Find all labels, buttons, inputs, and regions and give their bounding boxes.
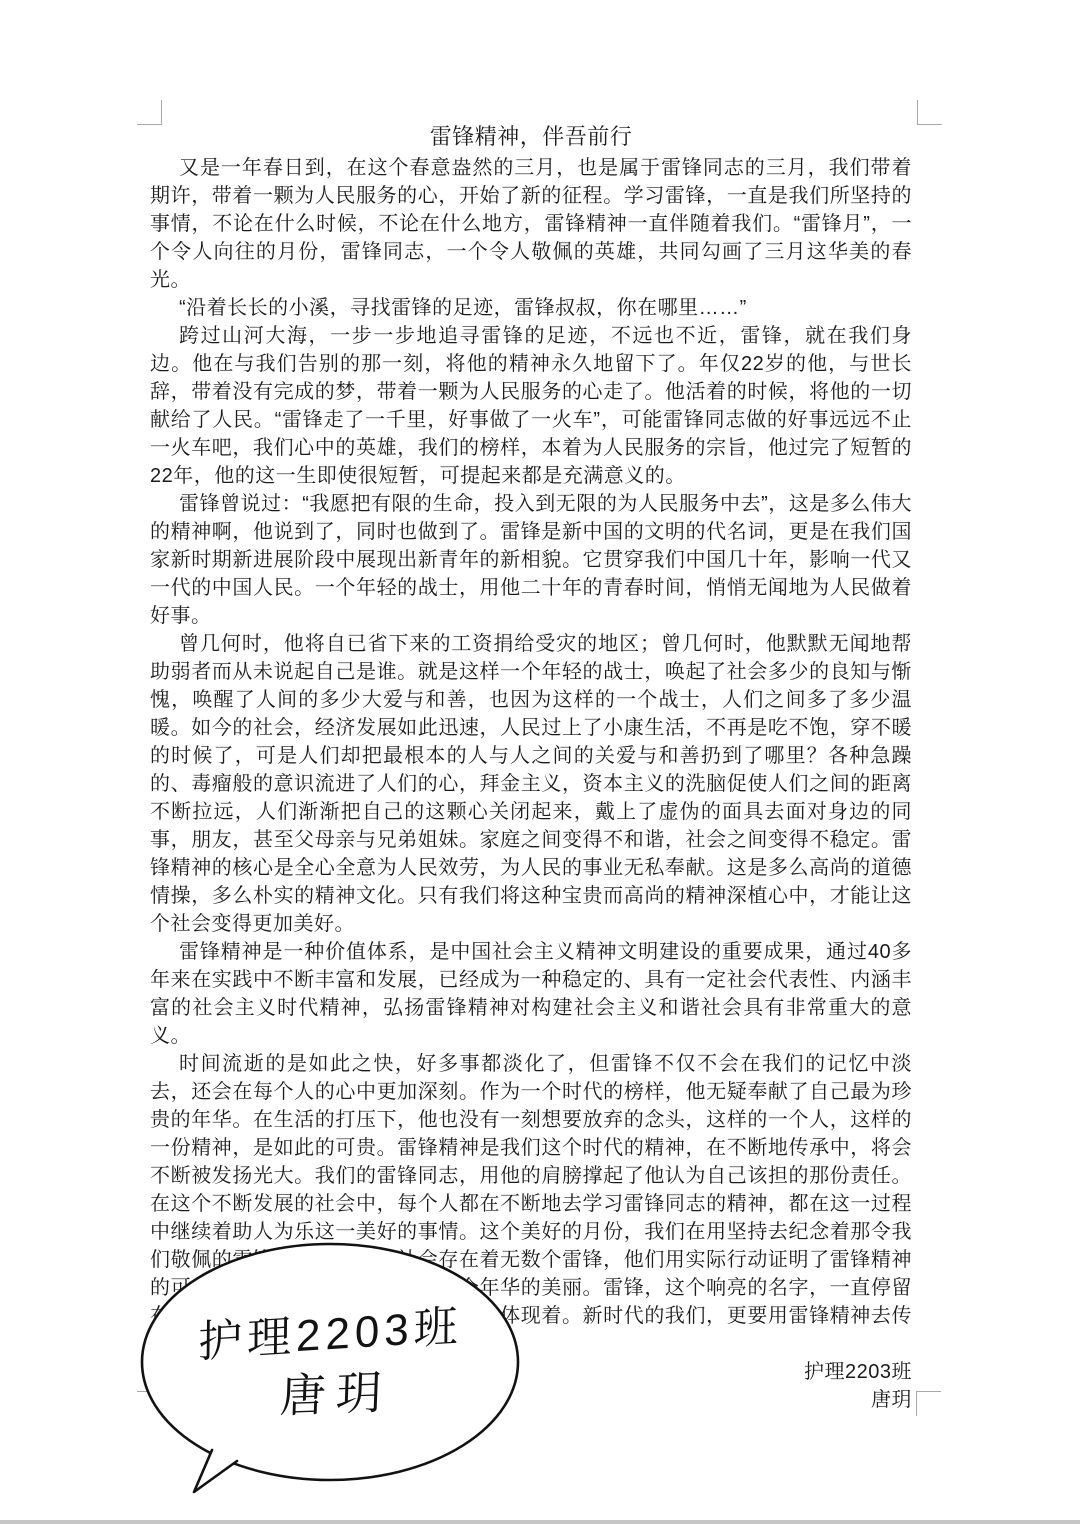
- essay-paragraph: 又是一年春日到，在这个春意盎然的三月，也是属于雷锋同志的三月，我们带着期许，带着…: [150, 154, 912, 294]
- corner-crop-mark-bottom-right: [916, 1391, 941, 1416]
- page-bottom-edge: [0, 1520, 1080, 1524]
- corner-crop-mark-top-right: [917, 100, 942, 125]
- essay-paragraph: 雷锋精神是一种价值体系，是中国社会主义精神文明建设的重要成果，通过40多年来在实…: [150, 938, 912, 1050]
- handwritten-stamp: 护理2203班 唐玥: [128, 1228, 540, 1524]
- essay-paragraph: “沿着长长的小溪，寻找雷锋的足迹，雷锋叔叔，你在哪里……”: [150, 294, 912, 322]
- essay-body: 雷锋精神，伴吾前行 又是一年春日到，在这个春意盎然的三月，也是属于雷锋同志的三月…: [150, 122, 912, 1414]
- essay-paragraph: 曾几何时，他将自已省下来的工资捐给受灾的地区；曾几何时，他默默无闻地帮助弱者而从…: [150, 630, 912, 938]
- essay-paragraph: 跨过山河大海，一步一步地追寻雷锋的足迹，不远也不近，雷锋，就在我们身边。他在与我…: [150, 322, 912, 490]
- essay-title: 雷锋精神，伴吾前行: [150, 122, 912, 152]
- handwritten-name-text: 唐玥: [279, 1356, 393, 1426]
- document-page: 雷锋精神，伴吾前行 又是一年春日到，在这个春意盎然的三月，也是属于雷锋同志的三月…: [0, 0, 1080, 1524]
- essay-paragraph: 雷锋曾说过：“我愿把有限的生命，投入到无限的为人民服务中去”，这是多么伟大的精神…: [150, 490, 912, 630]
